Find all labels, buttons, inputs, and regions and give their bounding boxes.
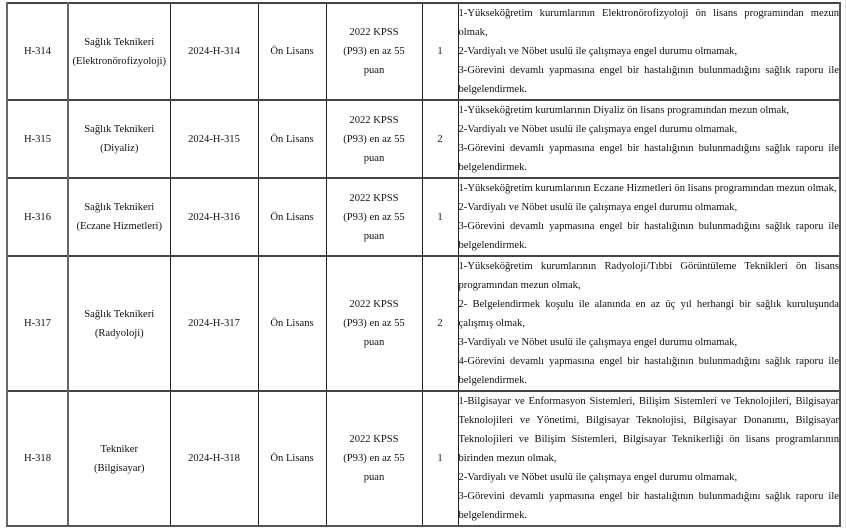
position-title-line1: Sağlık Teknikeri (69, 198, 170, 217)
position-title-line2: (Bilgisayar) (69, 459, 170, 478)
exam-line3: puan (327, 149, 422, 168)
quota: 2 (422, 256, 458, 391)
position-title: Sağlık Teknikeri (Radyoloji) (68, 256, 170, 391)
position-number: 2024-H-316 (170, 178, 258, 256)
position-title-line1: Sağlık Teknikeri (69, 33, 170, 52)
requirement-item: 3-Görevini devamlı yapmasına engel bir h… (459, 61, 840, 99)
quota: 1 (422, 3, 458, 100)
quota: 2 (422, 100, 458, 178)
requirement-item: 1-Yükseköğretim kurumlarının Eczane Hizm… (459, 179, 840, 198)
exam-line1: 2022 KPSS (327, 111, 422, 130)
table-row: H-316 Sağlık Teknikeri (Eczane Hizmetler… (7, 178, 840, 256)
education-level: Ön Lisans (258, 3, 326, 100)
requirements: 1-Yükseköğretim kurumlarının Elektronöro… (458, 3, 840, 100)
exam-line2: (P93) en az 55 (327, 449, 422, 468)
position-code: H-317 (7, 256, 68, 391)
exam-line1: 2022 KPSS (327, 23, 422, 42)
position-title-line1: Sağlık Teknikeri (69, 305, 170, 324)
position-code: H-314 (7, 3, 68, 100)
table-row: H-314 Sağlık Teknikeri (Elektronörofizyo… (7, 3, 840, 100)
exam-requirement: 2022 KPSS (P93) en az 55 puan (326, 178, 422, 256)
requirement-item: 3-Vardiyalı ve Nöbet usulü ile çalışmaya… (459, 333, 840, 352)
requirements: 1-Yükseköğretim kurumlarının Eczane Hizm… (458, 178, 840, 256)
positions-table-body: H-314 Sağlık Teknikeri (Elektronörofizyo… (7, 3, 840, 526)
exam-requirement: 2022 KPSS (P93) en az 55 puan (326, 256, 422, 391)
exam-line3: puan (327, 468, 422, 487)
position-number: 2024-H-317 (170, 256, 258, 391)
education-level: Ön Lisans (258, 178, 326, 256)
position-number: 2024-H-315 (170, 100, 258, 178)
exam-line2: (P93) en az 55 (327, 208, 422, 227)
positions-table: H-314 Sağlık Teknikeri (Elektronörofizyo… (6, 2, 841, 527)
table-row: H-317 Sağlık Teknikeri (Radyoloji) 2024-… (7, 256, 840, 391)
exam-requirement: 2022 KPSS (P93) en az 55 puan (326, 391, 422, 526)
position-title-line2: (Eczane Hizmetleri) (69, 217, 170, 236)
exam-line2: (P93) en az 55 (327, 42, 422, 61)
position-code: H-318 (7, 391, 68, 526)
exam-line1: 2022 KPSS (327, 430, 422, 449)
position-title: Sağlık Teknikeri (Diyaliz) (68, 100, 170, 178)
position-title-line1: Sağlık Teknikeri (69, 120, 170, 139)
position-number: 2024-H-318 (170, 391, 258, 526)
table-row: H-315 Sağlık Teknikeri (Diyaliz) 2024-H-… (7, 100, 840, 178)
exam-line3: puan (327, 333, 422, 352)
requirement-item: 1-Bilgisayar ve Enformasyon Sistemleri, … (459, 392, 840, 468)
position-title-line2: (Diyaliz) (69, 139, 170, 158)
requirement-item: 2-Vardiyalı ve Nöbet usulü ile çalışmaya… (459, 468, 840, 487)
requirements: 1-Yükseköğretim kurumlarının Radyoloji/T… (458, 256, 840, 391)
requirement-item: 1-Yükseköğretim kurumlarının Elektronöro… (459, 4, 840, 42)
position-title: Tekniker (Bilgisayar) (68, 391, 170, 526)
exam-line3: puan (327, 61, 422, 80)
position-title-line1: Tekniker (69, 440, 170, 459)
position-title: Sağlık Teknikeri (Elektronörofizyoloji) (68, 3, 170, 100)
requirement-item: 2-Vardiyalı ve Nöbet usulü ile çalışmaya… (459, 198, 840, 217)
requirement-item: 2-Vardiyalı ve Nöbet usulü ile çalışmaya… (459, 120, 840, 139)
requirement-item: 3-Görevini devamlı yapmasına engel bir h… (459, 217, 840, 255)
position-title: Sağlık Teknikeri (Eczane Hizmetleri) (68, 178, 170, 256)
exam-line1: 2022 KPSS (327, 295, 422, 314)
education-level: Ön Lisans (258, 100, 326, 178)
requirement-item: 2- Belgelendirmek koşulu ile alanında en… (459, 295, 840, 333)
position-code: H-316 (7, 178, 68, 256)
requirement-item: 3-Görevini devamlı yapmasına engel bir h… (459, 139, 840, 177)
exam-line2: (P93) en az 55 (327, 314, 422, 333)
requirement-item: 4-Görevini devamlı yapmasına engel bir h… (459, 352, 840, 390)
quota: 1 (422, 391, 458, 526)
requirements: 1-Yükseköğretim kurumlarının Diyaliz ön … (458, 100, 840, 178)
requirement-item: 3-Görevini devamlı yapmasına engel bir h… (459, 487, 840, 525)
table-row: H-318 Tekniker (Bilgisayar) 2024-H-318 Ö… (7, 391, 840, 526)
requirements: 1-Bilgisayar ve Enformasyon Sistemleri, … (458, 391, 840, 526)
exam-line1: 2022 KPSS (327, 189, 422, 208)
exam-requirement: 2022 KPSS (P93) en az 55 puan (326, 3, 422, 100)
position-title-line2: (Radyoloji) (69, 324, 170, 343)
education-level: Ön Lisans (258, 391, 326, 526)
requirement-item: 1-Yükseköğretim kurumlarının Diyaliz ön … (459, 101, 840, 120)
requirement-item: 2-Vardiyalı ve Nöbet usulü ile çalışmaya… (459, 42, 840, 61)
exam-line3: puan (327, 227, 422, 246)
position-code: H-315 (7, 100, 68, 178)
position-number: 2024-H-314 (170, 3, 258, 100)
quota: 1 (422, 178, 458, 256)
position-title-line2: (Elektronörofizyoloji) (69, 52, 170, 71)
requirement-item: 1-Yükseköğretim kurumlarının Radyoloji/T… (459, 257, 840, 295)
exam-line2: (P93) en az 55 (327, 130, 422, 149)
exam-requirement: 2022 KPSS (P93) en az 55 puan (326, 100, 422, 178)
education-level: Ön Lisans (258, 256, 326, 391)
